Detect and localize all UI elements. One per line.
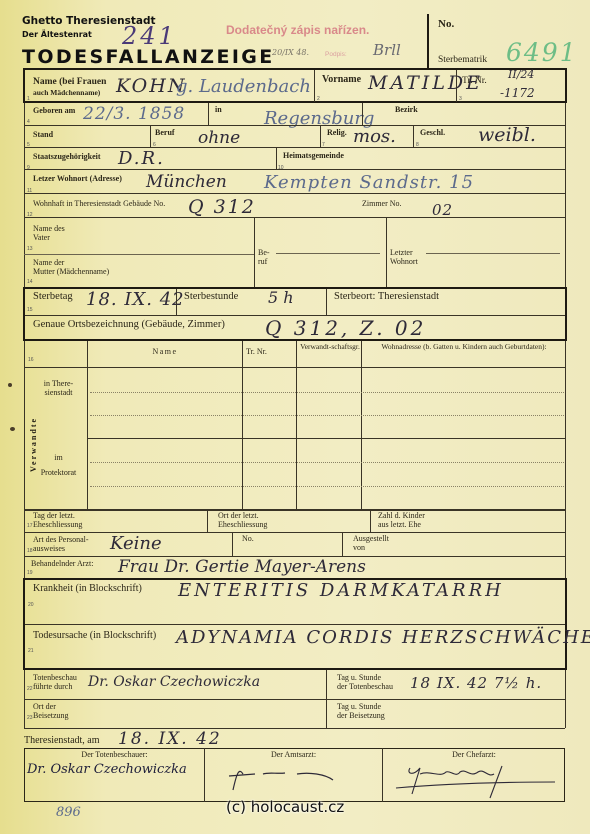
marriage-date-label: Tag der letzt.Eheschliessung — [33, 512, 82, 530]
sterbestunde-value: 5 h — [268, 288, 294, 307]
eltern-wohnort-label: LetzterWohnort — [390, 249, 418, 267]
sterbeort-label: Sterbeort: Theresienstadt — [334, 291, 439, 303]
sig2-label: Der Amtsarzt: — [205, 751, 382, 760]
document-title: TODESFALLANZEIGE — [22, 46, 275, 68]
vorname-label: Vorname — [322, 74, 361, 85]
krankheit-value: ENTERITIS DARMKATARRH — [178, 580, 504, 601]
id-type-value: Keine — [110, 533, 162, 554]
org-council: Der Ältestenrat — [22, 30, 92, 39]
zimmer-label: Zimmer No. — [362, 200, 402, 209]
name-label-2: auch Mädchenname) — [33, 89, 100, 97]
id-type-label: Art des Personal-ausweises — [33, 536, 89, 554]
header-divider — [427, 14, 429, 68]
sterbestunde-label: Sterbestunde — [184, 291, 238, 303]
stand-label: Stand — [33, 131, 53, 140]
doctor-label: Behandelnder Arzt: — [31, 560, 93, 569]
relatives-col-relation: Verwandt-schaftsgr. — [300, 343, 360, 351]
stamp-date: 20/IX 48. — [272, 48, 309, 57]
punch-hole — [8, 383, 12, 387]
geboren-label: Geboren am — [33, 107, 75, 116]
inspection-time-value: 18 IX. 42 7½ h. — [410, 674, 542, 692]
burial-place-label: Ort derBeisetzung — [33, 703, 69, 721]
punch-hole — [10, 427, 15, 431]
inspection-time-label: Tag u. Stundeder Totenbeschau — [337, 674, 393, 692]
relatives-col-trnr: Tr. Nr. — [246, 348, 267, 357]
wohnhaft-label: Wohnhaft in Theresienstadt Gebäude No. — [33, 200, 165, 209]
bezirk-label: Bezirk — [395, 106, 418, 115]
genau-value: Q 312, Z. 02 — [265, 316, 426, 340]
geboren-value: 22/3. 1858 — [83, 104, 185, 124]
geschl-label: Geschl. — [420, 129, 445, 138]
sig1-value: Dr. Oskar Czechowiczka — [27, 762, 187, 777]
trnr-label: Tr. Nr. — [462, 76, 487, 86]
stamp-signature-label: Podpis: — [325, 51, 347, 58]
relig-label: Relig. — [327, 129, 347, 138]
sterbematrik-label: Sterbematrik — [438, 55, 487, 65]
todesursache-value: ADYNAMIA CORDIS HERZSCHWÄCHE — [176, 627, 590, 648]
sig3-label: Der Chefarzt: — [383, 751, 565, 760]
stamp-signature: Brll — [373, 41, 401, 59]
beruf-label: Beruf — [155, 129, 175, 138]
relatives-col-address: Wohnadresse (b. Gatten u. Kindern auch G… — [366, 343, 562, 351]
eltern-beruf-label: Be-ruf — [258, 249, 270, 267]
place-date-value: 18. IX. 42 — [118, 729, 222, 749]
totenbeschau-label: Totenbeschauführte durch — [33, 674, 77, 692]
sterbetag-label: Sterbetag — [33, 291, 73, 303]
no-label: No. — [438, 18, 454, 30]
place-label: Theresienstadt, am — [24, 735, 100, 746]
relatives-side-label: Verwandte — [29, 417, 38, 472]
staats-label: Staatszugehörigkeit — [33, 153, 101, 162]
sig1-label: Der Totenbeschauer: — [25, 751, 204, 760]
id-no-label: No. — [242, 535, 254, 544]
death-certificate-document: Ghetto Theresienstadt Der Ältestenrat 24… — [0, 0, 590, 834]
trnr-value-1: II/24 — [508, 68, 534, 81]
todesursache-label: Todesursache (in Blockschrift) — [33, 630, 156, 641]
relig-value: mos. — [353, 126, 396, 147]
sig2-scribble — [225, 762, 345, 796]
genau-label: Genaue Ortsbezeichnung (Gebäude, Zimmer) — [33, 319, 225, 331]
relatives-group-protektorat: imProtektorat — [30, 450, 87, 480]
mutter-label: Name derMutter (Mädchenname) — [33, 259, 109, 277]
children-count-label: Zahl d. Kinderaus letzt. Ehe — [378, 512, 425, 530]
geschl-value: weibl. — [478, 124, 536, 146]
totenbeschau-value: Dr. Oskar Czechowiczka — [88, 674, 260, 690]
wohnort-city-value: München — [146, 172, 227, 192]
watermark: (c) holocaust.cz — [226, 798, 344, 816]
heimat-label: Heimatsgemeinde — [283, 152, 344, 161]
marriage-place-label: Ort der letzt.Eheschliessung — [218, 512, 267, 530]
trnr-value-2: -1172 — [500, 86, 535, 100]
maiden-name-value: g. Laudenbach — [176, 76, 311, 97]
vater-label: Name desVater — [33, 225, 65, 243]
relatives-group-theresienstadt: in There-sienstadt — [30, 380, 87, 398]
sterbetag-value: 18. IX. 42 — [86, 289, 185, 310]
in-label: in — [215, 106, 222, 115]
wohnort-label: Letzer Wohnort (Adresse) — [33, 175, 122, 184]
wohnort-address-value: Kempten Sandstr. 15 — [264, 172, 474, 193]
krankheit-label: Krankheit (in Blockschrift) — [33, 583, 142, 594]
name-label: Name (bei Frauen — [33, 77, 106, 87]
doctor-value: Frau Dr. Gertie Mayer-Arens — [118, 557, 366, 577]
sterbematrik-value: 6491 — [506, 38, 578, 67]
margin-number: 896 — [56, 805, 81, 820]
id-issued-label: Ausgestelltvon — [353, 535, 389, 553]
burial-time-label: Tag u. Stundeder Beisetzung — [337, 703, 385, 721]
beruf-value: ohne — [198, 128, 240, 148]
staats-value: D.R. — [118, 148, 165, 169]
relatives-col-name: Name — [88, 348, 242, 357]
wohnhaft-value: Q 312 — [188, 196, 256, 218]
sig3-scribble — [390, 760, 560, 800]
stamp-text: Dodatečný zápis nařízen. — [226, 23, 369, 37]
